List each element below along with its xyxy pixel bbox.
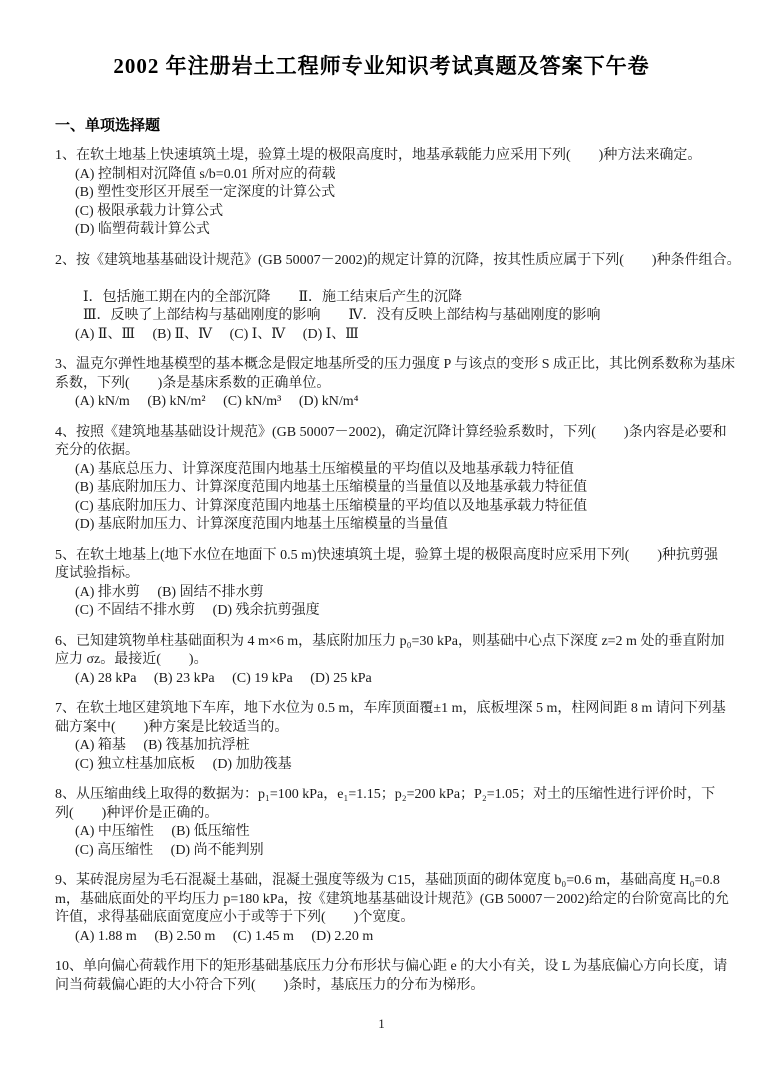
question-stem-line: 许值，求得基础底面宽度应小于或等于下列( )个宽度。 xyxy=(55,909,751,928)
question-stem-line: 3、温克尔弹性地基模型的基本概念是假定地基所受的压力强度 P 与该点的变形 S … xyxy=(55,356,751,375)
question-stem-line: 应力 σz。最接近( )。 xyxy=(55,651,751,670)
question-stem-line: 充分的依据。 xyxy=(55,442,751,461)
question-option-row: (A) 箱基 (B) 筏基加抗浮桩 xyxy=(55,737,751,756)
question-option-row: (B) 基底附加压力、计算深度范围内地基土压缩模量的当量值以及地基承载力特征值 xyxy=(55,479,751,498)
question-stem-line: 9、某砖混房屋为毛石混凝土基础，混凝土强度等级为 C15，基础顶面的砌体宽度 b… xyxy=(55,872,751,891)
question-option-row: (B) 塑性变形区开展至一定深度的计算公式 xyxy=(55,184,751,203)
question-option-row: (A) Ⅱ、Ⅲ (B) Ⅱ、Ⅳ (C) Ⅰ、Ⅳ (D) Ⅰ、Ⅲ xyxy=(55,326,751,345)
section-heading: 一、单项选择题 xyxy=(55,114,763,135)
question-stem-line: 问当荷载偏心距的大小符合下列( )条时，基底压力的分布为梯形。 xyxy=(55,977,751,996)
question-stem-line: 列( )种评价是正确的。 xyxy=(55,805,751,824)
question-option-row: (A) 基底总压力、计算深度范围内地基土压缩模量的平均值以及地基承载力特征值 xyxy=(55,461,751,480)
question-stem-line: 6、已知建筑物单柱基础面积为 4 m×6 m，基底附加压力 p₀=30 kPa，… xyxy=(55,633,751,652)
document-title: 2002 年注册岩土工程师专业知识考试真题及答案下午卷 xyxy=(0,0,763,80)
question-block: 6、已知建筑物单柱基础面积为 4 m×6 m，基底附加压力 p₀=30 kPa，… xyxy=(55,633,751,689)
question-option-row: (A) 中压缩性 (B) 低压缩性 xyxy=(55,823,751,842)
question-stem-line: 8、从压缩曲线上取得的数据为：p₁=100 kPa，e₁=1.15；p₂=200… xyxy=(55,786,751,805)
question-block: 2、按《建筑地基基础设计规范》(GB 50007－2002)的规定计算的沉降，按… xyxy=(55,252,751,345)
question-option-row: (A) 1.88 m (B) 2.50 m (C) 1.45 m (D) 2.2… xyxy=(55,928,751,947)
question-stem-line: 10、单向偏心荷载作用下的矩形基础基底压力分布形状与偏心距 e 的大小有关，设 … xyxy=(55,958,751,977)
question-stem-line: 础方案中( )种方案是比较适当的。 xyxy=(55,719,751,738)
question-block: 7、在软土地区建筑地下车库，地下水位为 0.5 m，车库顶面覆±1 m，底板埋深… xyxy=(55,700,751,774)
question-block: 8、从压缩曲线上取得的数据为：p₁=100 kPa，e₁=1.15；p₂=200… xyxy=(55,786,751,860)
question-stem-line: 2、按《建筑地基基础设计规范》(GB 50007－2002)的规定计算的沉降，按… xyxy=(55,252,751,271)
question-option-row: (A) kN/m (B) kN/m² (C) kN/m³ (D) kN/m⁴ xyxy=(55,393,751,412)
question-sub-line: Ⅰ．包括施工期在内的全部沉降 Ⅱ．施工结束后产生的沉降 xyxy=(55,289,751,308)
question-sub-items: Ⅰ．包括施工期在内的全部沉降 Ⅱ．施工结束后产生的沉降Ⅲ．反映了上部结构与基础刚… xyxy=(55,289,751,326)
question-option-row: (C) 高压缩性 (D) 尚不能判别 xyxy=(55,842,751,861)
question-option-row: (D) 基底附加压力、计算深度范围内地基土压缩模量的当量值 xyxy=(55,516,751,535)
question-stem-line: m，基础底面处的平均压力 p=180 kPa，按《建筑地基基础设计规范》(GB … xyxy=(55,891,751,910)
question-block: 10、单向偏心荷载作用下的矩形基础基底压力分布形状与偏心距 e 的大小有关，设 … xyxy=(55,958,751,995)
question-block: 3、温克尔弹性地基模型的基本概念是假定地基所受的压力强度 P 与该点的变形 S … xyxy=(55,356,751,412)
question-option-row: (A) 控制相对沉降值 s/b=0.01 所对应的荷载 xyxy=(55,166,751,185)
question-stem-line: 度试验指标。 xyxy=(55,565,751,584)
question-stem-line: 4、按照《建筑地基基础设计规范》(GB 50007－2002)，确定沉降计算经验… xyxy=(55,424,751,443)
questions-container: 1、在软土地基上快速填筑土堤，验算土堤的极限高度时，地基承载能力应采用下列( )… xyxy=(55,147,751,995)
question-stem-line: 5、在软土地基上(地下水位在地面下 0.5 m)快速填筑土堤，验算土堤的极限高度… xyxy=(55,547,751,566)
exam-page: 2002 年注册岩土工程师专业知识考试真题及答案下午卷 一、单项选择题 1、在软… xyxy=(0,0,763,1080)
question-option-row: (C) 基底附加压力、计算深度范围内地基土压缩模量的平均值以及地基承载力特征值 xyxy=(55,498,751,517)
question-stem-line: 系数，下列( )条是基床系数的正确单位。 xyxy=(55,375,751,394)
question-option-row: (A) 28 kPa (B) 23 kPa (C) 19 kPa (D) 25 … xyxy=(55,670,751,689)
question-block: 1、在软土地基上快速填筑土堤，验算土堤的极限高度时，地基承载能力应采用下列( )… xyxy=(55,147,751,240)
question-option-row: (C) 极限承载力计算公式 xyxy=(55,203,751,222)
question-block: 4、按照《建筑地基基础设计规范》(GB 50007－2002)，确定沉降计算经验… xyxy=(55,424,751,535)
question-option-row: (C) 独立柱基加底板 (D) 加肋筏基 xyxy=(55,756,751,775)
page-number: 1 xyxy=(0,1016,763,1032)
question-stem-line: 1、在软土地基上快速填筑土堤，验算土堤的极限高度时，地基承载能力应采用下列( )… xyxy=(55,147,751,166)
question-block: 9、某砖混房屋为毛石混凝土基础，混凝土强度等级为 C15，基础顶面的砌体宽度 b… xyxy=(55,872,751,946)
question-stem-line: 7、在软土地区建筑地下车库，地下水位为 0.5 m，车库顶面覆±1 m，底板埋深… xyxy=(55,700,751,719)
question-block: 5、在软土地基上(地下水位在地面下 0.5 m)快速填筑土堤，验算土堤的极限高度… xyxy=(55,547,751,621)
question-option-row: (A) 排水剪 (B) 固结不排水剪 xyxy=(55,584,751,603)
question-option-row: (D) 临塑荷载计算公式 xyxy=(55,221,751,240)
question-sub-line: Ⅲ．反映了上部结构与基础刚度的影响 Ⅳ．没有反映上部结构与基础刚度的影响 xyxy=(55,307,751,326)
question-option-row: (C) 不固结不排水剪 (D) 残余抗剪强度 xyxy=(55,602,751,621)
